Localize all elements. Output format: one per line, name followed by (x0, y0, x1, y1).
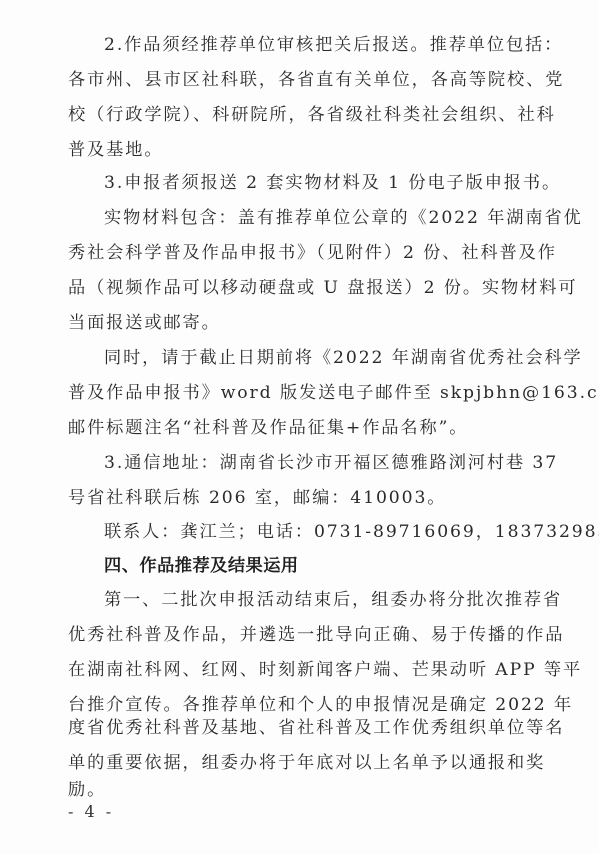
document-page: 2.作品须经推荐单位审核把关后报送。推荐单位包括： 各市州、县市区社科联，各省直… (0, 0, 599, 854)
section-heading: 四、作品推荐及结果运用 (104, 549, 532, 584)
paragraph-materials-line: 当面报送或邮寄。 (68, 306, 532, 341)
paragraph-results-line: 在湖南社科网、红网、时刻新闻客户端、芒果动听 APP 等平 (68, 653, 532, 688)
paragraph-email-line: 同时，请于截止日期前将《2022 年湖南省优秀社会科学 (104, 341, 532, 376)
paragraph-materials-line: 实物材料包含：盖有推荐单位公章的《2022 年湖南省优 (104, 201, 532, 236)
paragraph-recommendation-line: 普及基地。 (68, 133, 532, 168)
paragraph-recommendation-line: 各市州、县市区社科联，各省直有关单位，各高等院校、党 (68, 63, 532, 98)
paragraph-email-line: 普及作品申报书》word 版发送电子邮件至 skpjbhn@163.com。 (68, 376, 532, 411)
paragraph-results-line: 度省优秀社科普及基地、省社科普及工作优秀组织单位等名 (68, 711, 532, 746)
paragraph-recommendation-line: 2.作品须经推荐单位审核把关后报送。推荐单位包括： (104, 28, 532, 63)
paragraph-materials-line: 品（视频作品可以移动硬盘或 U 盘报送）2 份。实物材料可 (68, 271, 532, 306)
paragraph-address-line: 号省社科联后栋 206 室，邮编：410003。 (68, 481, 532, 516)
paragraph-submission-line: 3.申报者须报送 2 套实物材料及 1 份电子版申报书。 (104, 166, 532, 201)
paragraph-recommendation-line: 校（行政学院）、科研院所，各省级社科类社会组织、社科 (68, 98, 532, 133)
paragraph-email-line: 邮件标题注名“社科普及作品征集+作品名称”。 (68, 411, 532, 446)
paragraph-address-line: 3.通信地址：湖南省长沙市开福区德雅路浏河村巷 37 (104, 446, 532, 481)
page-number: - 4 - (68, 802, 114, 821)
paragraph-materials-line: 秀社会科学普及作品申报书》（见附件）2 份、社科普及作 (68, 236, 532, 271)
paragraph-results-line: 优秀社科普及作品，并遴选一批导向正确、易于传播的作品 (68, 618, 532, 653)
paragraph-contact-line: 联系人：龚江兰；电话：0731-89716069，18373298375。 (104, 515, 532, 550)
paragraph-results-line: 励。 (68, 773, 532, 808)
paragraph-results-line: 第一、二批次申报活动结束后，组委办将分批次推荐省 (104, 583, 532, 618)
